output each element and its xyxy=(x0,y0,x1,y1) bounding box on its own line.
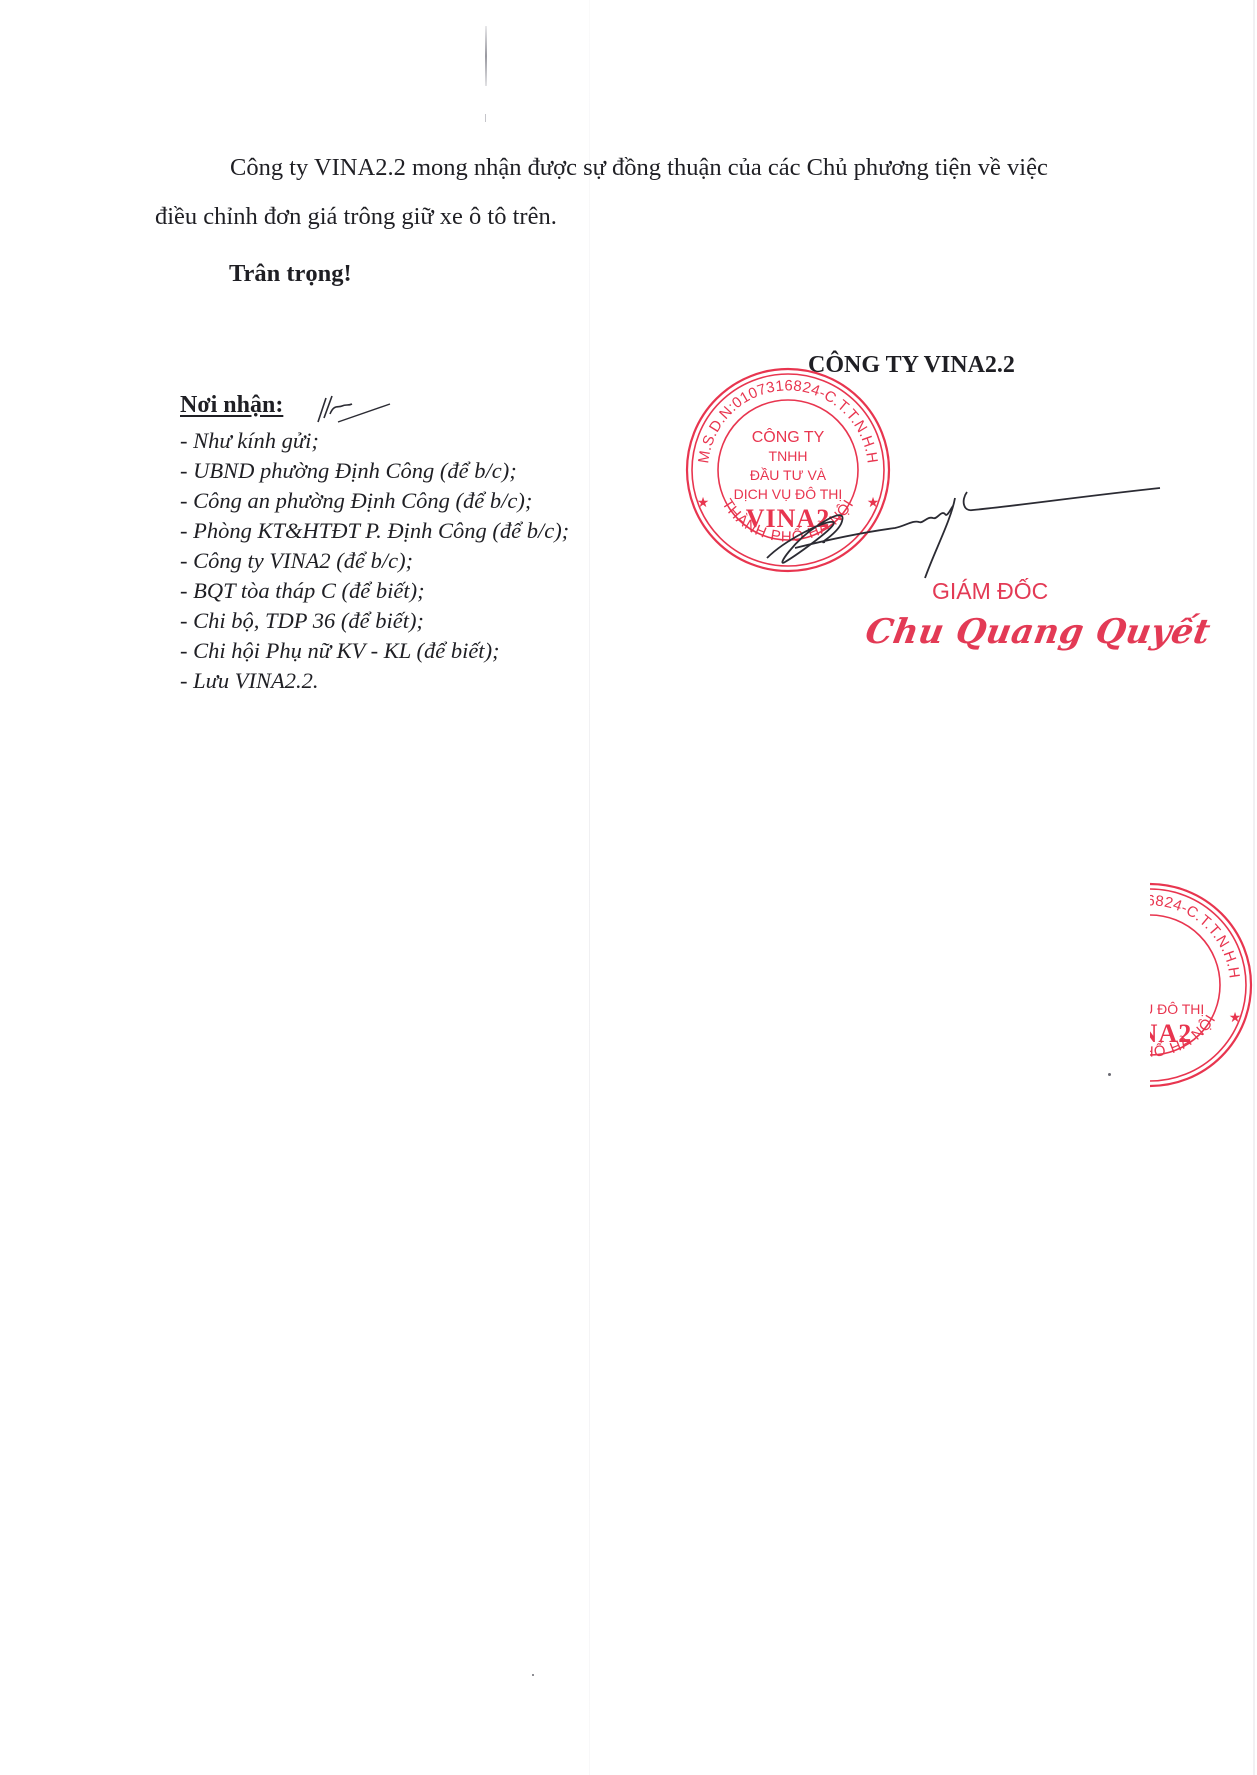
svg-text:CÔNG TY: CÔNG TY xyxy=(752,427,825,446)
svg-text:★: ★ xyxy=(697,496,710,511)
recipient-item: - Công an phường Định Công (để b/c); xyxy=(180,486,569,516)
svg-text:M.S.D.N:0107316824-C.T.T.N.H.H: M.S.D.N:0107316824-C.T.T.N.H.H xyxy=(1150,892,1243,979)
scan-speck xyxy=(532,1674,534,1676)
svg-text:★: ★ xyxy=(1229,1011,1242,1026)
signer-name: Chu Quang Quyết xyxy=(862,612,1213,652)
edge-stamp: M.S.D.N:0107316824-C.T.T.N.H.H THÀNH PHỐ… xyxy=(1150,880,1255,1090)
recipient-item: - Chi hội Phụ nữ KV - KL (để biết); xyxy=(180,636,569,666)
edge-stamp-icon: M.S.D.N:0107316824-C.T.T.N.H.H THÀNH PHỐ… xyxy=(1150,880,1255,1090)
recipient-item: - Phòng KT&HTĐT P. Định Công (để b/c); xyxy=(180,516,569,546)
handwritten-signature-icon xyxy=(755,470,1165,580)
scan-speck xyxy=(1108,1073,1111,1076)
document-page: Công ty VINA2.2 mong nhận được sự đồng t… xyxy=(0,0,1257,1775)
svg-text:TNHH: TNHH xyxy=(769,448,808,464)
body-paragraph-line-1: Công ty VINA2.2 mong nhận được sự đồng t… xyxy=(230,154,1048,182)
recipient-item: - UBND phường Định Công (để b/c); xyxy=(180,456,569,486)
closing-salutation: Trân trọng! xyxy=(229,260,352,288)
recipients-heading: Nơi nhận: xyxy=(180,392,283,419)
recipient-item: - Lưu VINA2.2. xyxy=(180,666,569,696)
scan-fold-line xyxy=(589,0,590,1775)
recipients-list: - Như kính gửi; - UBND phường Định Công … xyxy=(180,426,569,696)
recipient-item: - Như kính gửi; xyxy=(180,426,569,456)
recipient-item: - BQT tòa tháp C (để biết); xyxy=(180,576,569,606)
recipient-item: - Chi bộ, TDP 36 (để biết); xyxy=(180,606,569,636)
recipient-item: - Công ty VINA2 (để b/c); xyxy=(180,546,569,576)
scan-mark xyxy=(485,26,487,86)
scan-mark xyxy=(485,114,486,122)
signer-position: GIÁM ĐỐC xyxy=(932,578,1048,605)
body-paragraph-line-2: điều chỉnh đơn giá trông giữ xe ô tô trê… xyxy=(155,203,557,231)
svg-text:VINA2: VINA2 xyxy=(1150,1019,1192,1048)
svg-text:DỊCH VỤ ĐÔ THỊ: DỊCH VỤ ĐÔ THỊ xyxy=(1150,1001,1204,1017)
